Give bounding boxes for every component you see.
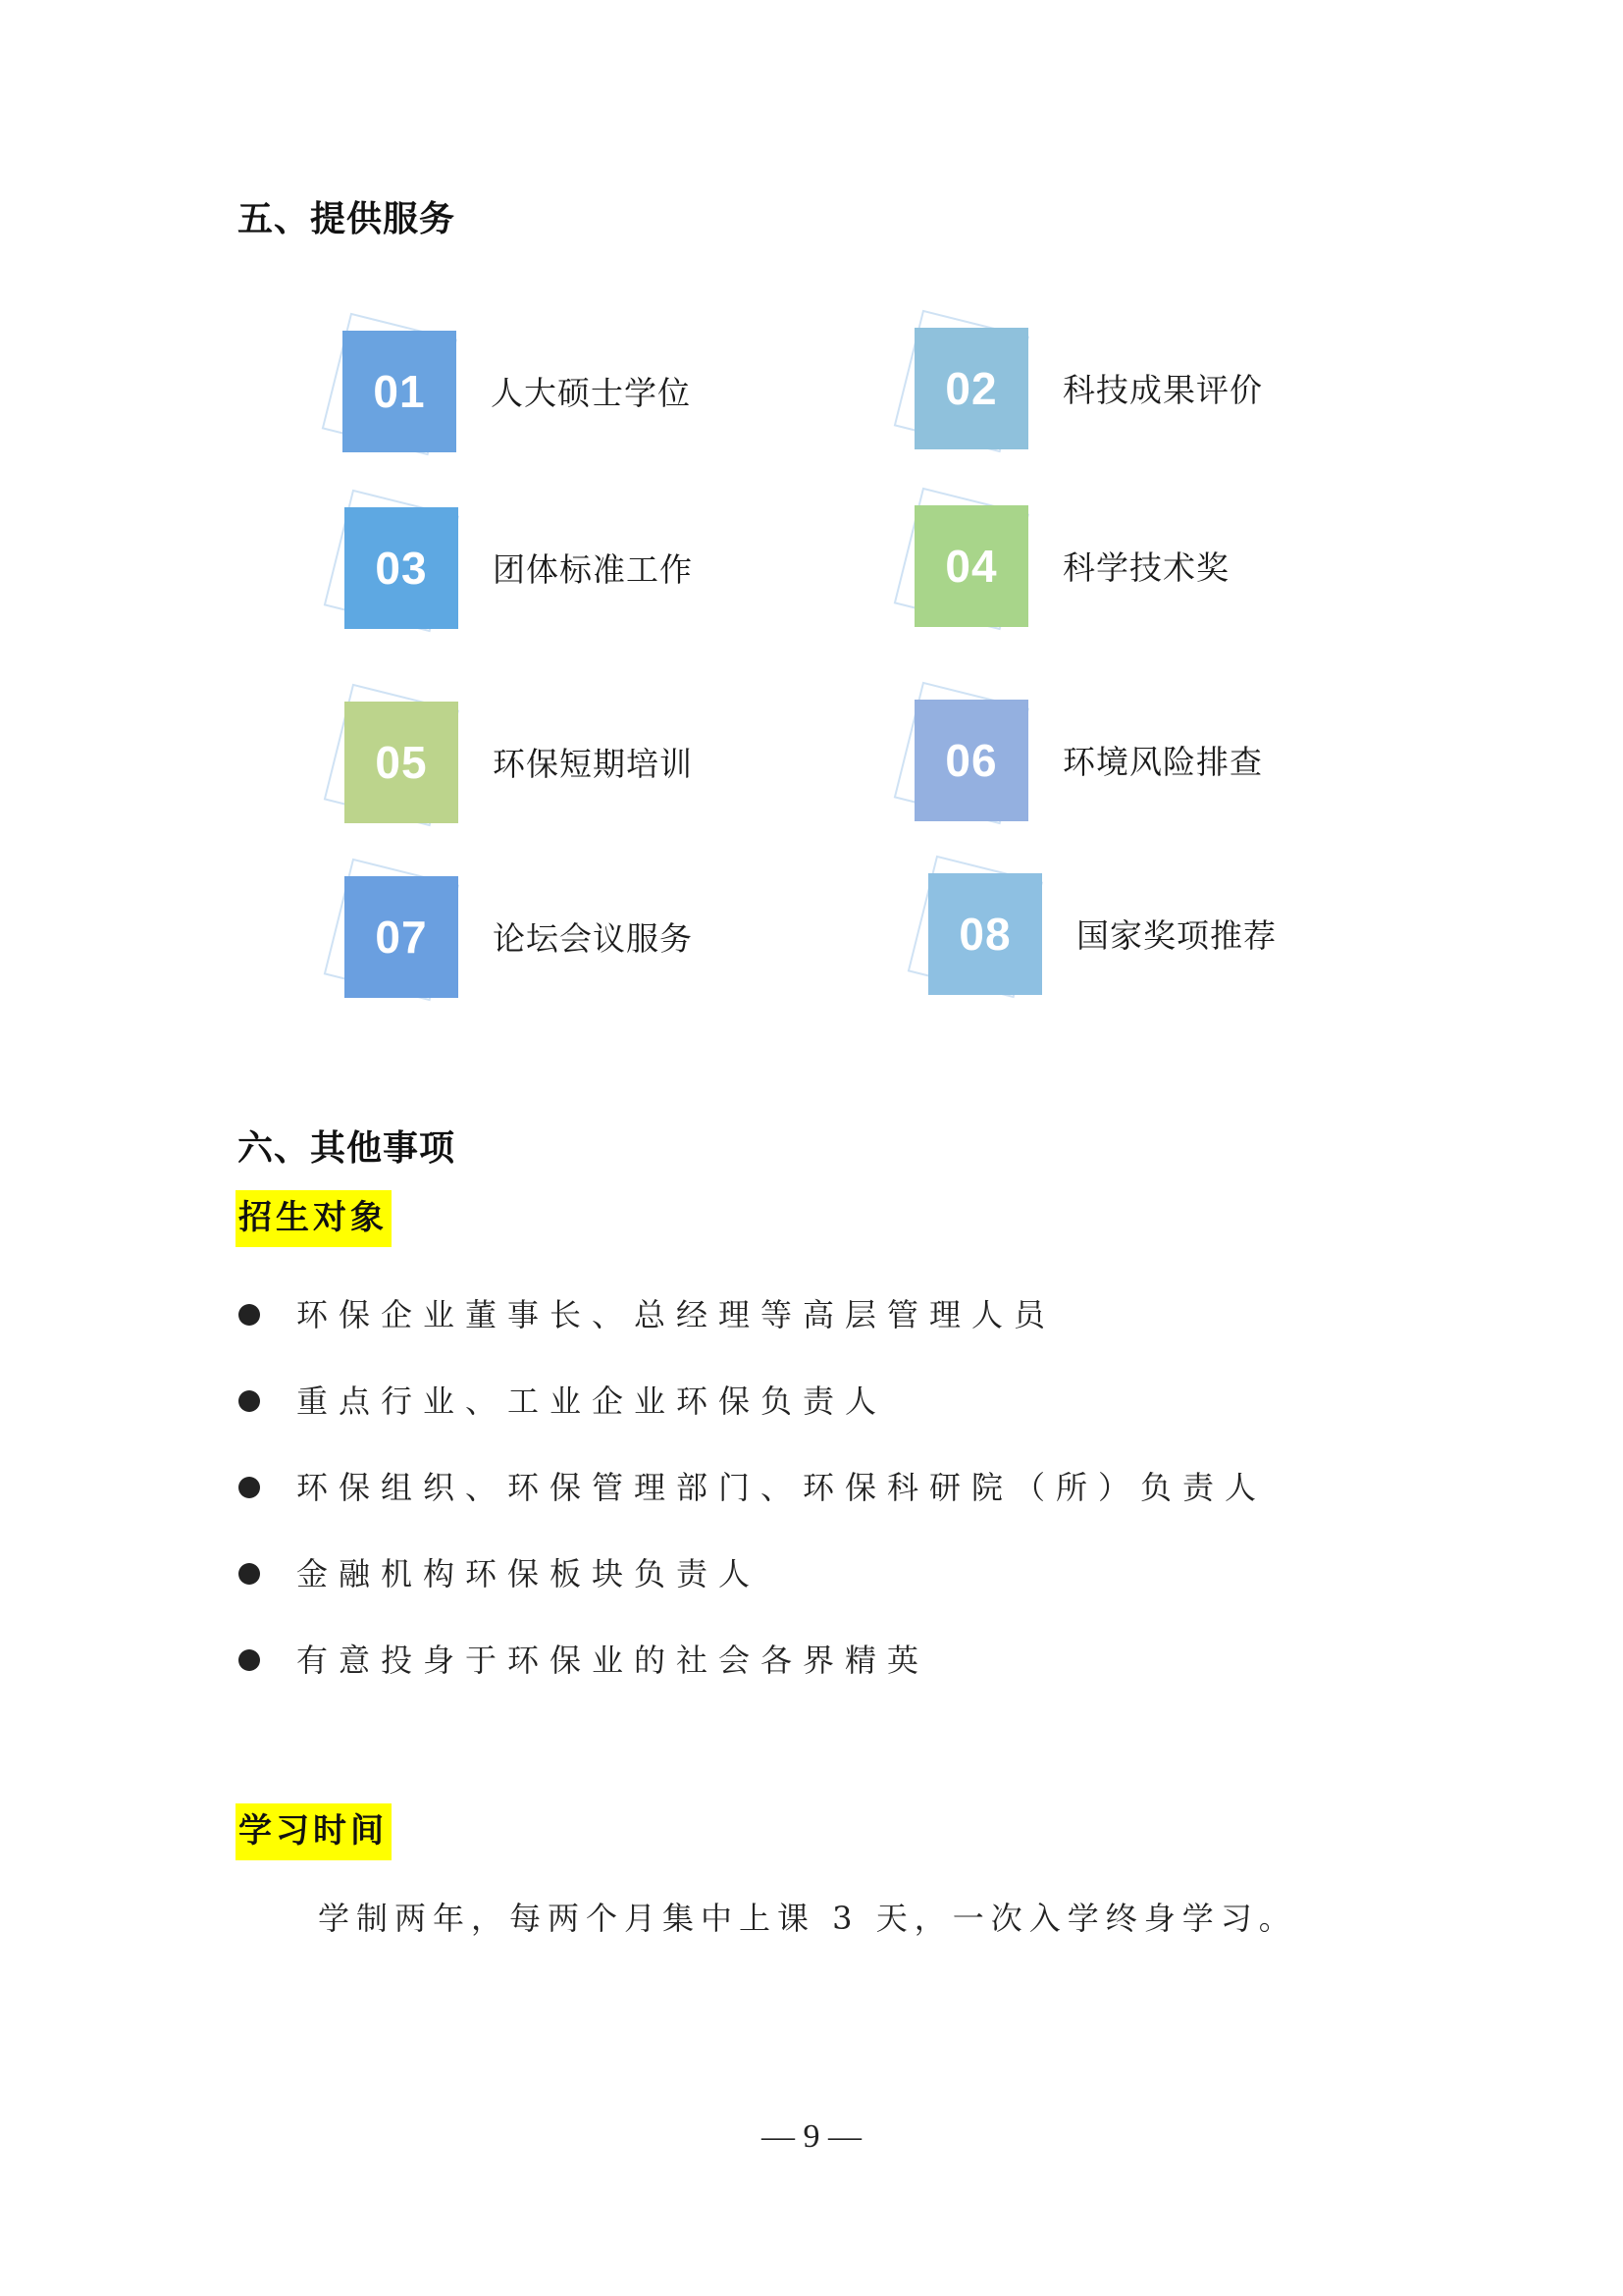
list-item-text: 环保企业董事长、总经理等高层管理人员 bbox=[296, 1290, 1056, 1339]
service-label: 科学技术奖 bbox=[1063, 548, 1230, 588]
list-item: 环保企业董事长、总经理等高层管理人员 bbox=[238, 1290, 1267, 1377]
service-label: 环境风险排查 bbox=[1063, 743, 1263, 782]
list-item: 有意投身于环保业的社会各界精英 bbox=[238, 1636, 1267, 1722]
number-badge: 02 bbox=[915, 328, 1028, 449]
service-item-02: 02 科技成果评价 bbox=[915, 328, 1464, 455]
number-badge: 04 bbox=[915, 505, 1028, 627]
number-badge: 03 bbox=[344, 507, 458, 629]
service-label: 论坛会议服务 bbox=[493, 919, 693, 959]
service-number: 04 bbox=[945, 540, 997, 593]
enrollment-list: 环保企业董事长、总经理等高层管理人员 重点行业、工业企业环保负责人 环保组织、环… bbox=[238, 1290, 1267, 1722]
service-label: 科技成果评价 bbox=[1063, 371, 1263, 410]
document-page: 五、提供服务 01 人大硕士学位 02 科技成果评价 03 团体标准工作 04 … bbox=[0, 0, 1623, 2296]
service-number: 08 bbox=[959, 908, 1011, 961]
page-number: — 9 — bbox=[0, 2117, 1623, 2157]
service-item-07: 07 论坛会议服务 bbox=[344, 876, 894, 1004]
service-number: 01 bbox=[373, 365, 425, 418]
number-badge: 08 bbox=[928, 873, 1042, 995]
list-item-text: 环保组织、环保管理部门、环保科研院（所）负责人 bbox=[296, 1463, 1267, 1512]
service-number: 07 bbox=[375, 911, 427, 964]
highlight-enrollment-title: 招生对象 bbox=[236, 1190, 392, 1247]
list-item-text: 金融机构环保板块负责人 bbox=[296, 1549, 760, 1598]
section-heading-services: 五、提供服务 bbox=[237, 199, 455, 238]
number-badge: 01 bbox=[342, 331, 456, 452]
list-item: 环保组织、环保管理部门、环保科研院（所）负责人 bbox=[238, 1463, 1267, 1549]
bullet-icon bbox=[238, 1390, 260, 1412]
list-item-text: 有意投身于环保业的社会各界精英 bbox=[296, 1636, 929, 1685]
number-badge: 07 bbox=[344, 876, 458, 998]
service-item-08: 08 国家奖项推荐 bbox=[928, 873, 1478, 1001]
bullet-icon bbox=[238, 1649, 260, 1671]
service-label: 国家奖项推荐 bbox=[1076, 916, 1277, 956]
service-number: 05 bbox=[375, 736, 427, 789]
service-item-06: 06 环境风险排查 bbox=[915, 700, 1464, 827]
service-label: 环保短期培训 bbox=[493, 745, 693, 784]
number-badge: 05 bbox=[344, 702, 458, 823]
service-number: 02 bbox=[945, 362, 997, 415]
list-item-text: 重点行业、工业企业环保负责人 bbox=[296, 1377, 887, 1426]
service-item-04: 04 科学技术奖 bbox=[915, 505, 1464, 633]
service-item-01: 01 人大硕士学位 bbox=[342, 331, 892, 458]
service-label: 人大硕士学位 bbox=[491, 374, 691, 413]
list-item: 金融机构环保板块负责人 bbox=[238, 1549, 1267, 1636]
service-label: 团体标准工作 bbox=[493, 550, 693, 590]
highlight-study-time-title: 学习时间 bbox=[236, 1803, 392, 1860]
study-time-paragraph: 学制两年，每两个月集中上课 3 天，一次入学终身学习。 bbox=[318, 1896, 1297, 1941]
list-item: 重点行业、工业企业环保负责人 bbox=[238, 1377, 1267, 1463]
bullet-icon bbox=[238, 1304, 260, 1326]
bullet-icon bbox=[238, 1563, 260, 1585]
bullet-icon bbox=[238, 1477, 260, 1498]
section-heading-other: 六、其他事项 bbox=[237, 1128, 455, 1168]
service-number: 06 bbox=[945, 734, 997, 787]
number-badge: 06 bbox=[915, 700, 1028, 821]
service-item-03: 03 团体标准工作 bbox=[344, 507, 894, 635]
service-item-05: 05 环保短期培训 bbox=[344, 702, 894, 829]
service-number: 03 bbox=[375, 542, 427, 595]
